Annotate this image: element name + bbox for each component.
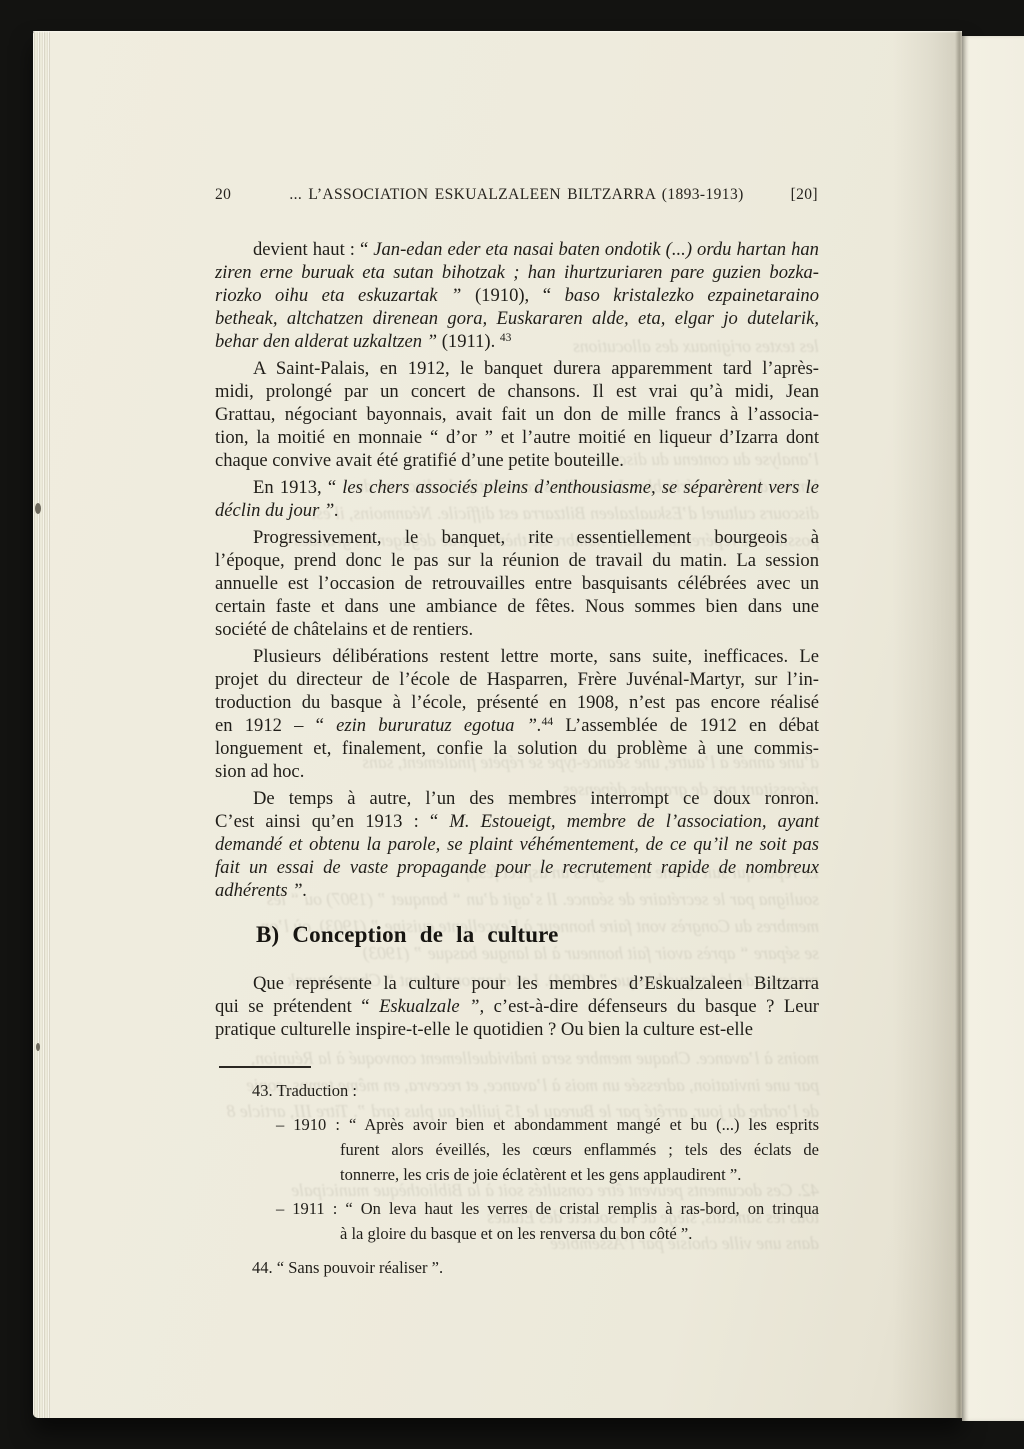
text-line: sion ad hoc. <box>215 760 819 783</box>
text-line: Que représente la culture pour les membr… <box>215 972 819 995</box>
text-line: A Saint-Palais, en 1912, le banquet dure… <box>215 357 819 380</box>
page-edge-flaw <box>35 503 41 514</box>
body-paragraph: Progressivement, le banquet, rite essent… <box>215 526 819 641</box>
text-line: adhérents ”. <box>215 879 819 902</box>
text-line: De temps à autre, l’un des membres inter… <box>215 787 819 810</box>
facing-page-edge <box>962 36 1024 1421</box>
text-line: furent alors éveillés, les cœurs enflamm… <box>215 1137 819 1162</box>
text-line: projet du directeur de l’école de Haspar… <box>215 668 819 691</box>
text-line: behar den alderat uzkaltzen ” (1911). 43 <box>215 330 819 353</box>
text-line: midi, prolongé par un concert de chanson… <box>215 380 819 403</box>
body-paragraph: Que représente la culture pour les membr… <box>215 972 819 1041</box>
text-line: Grattau, négociant bayonnais, avait fait… <box>215 403 819 426</box>
text-line: – 1910 : “ Après avoir bien et abondamme… <box>215 1112 819 1137</box>
text-line: annuelle est l’occasion de retrouvailles… <box>215 572 819 595</box>
text-line: betheak, altchatzen direnean gora, Euska… <box>215 307 819 330</box>
footnotes-block: 43. Traduction :– 1910 : “ Après avoir b… <box>215 1078 819 1289</box>
page-edge-flaw <box>36 1043 40 1051</box>
body-paragraph: A Saint-Palais, en 1912, le banquet dure… <box>215 357 819 472</box>
footnote: 43. Traduction : <box>215 1078 819 1103</box>
page-number: 20 <box>215 186 275 204</box>
body-paragraph: devient haut : “ Jan-edan eder eta nasai… <box>215 238 819 353</box>
footnote-separator <box>219 1066 311 1068</box>
body-text-block: devient haut : “ Jan-edan eder eta nasai… <box>215 238 819 906</box>
footnote: 44. “ Sans pouvoir réaliser ”. <box>215 1255 819 1280</box>
text-line: Plusieurs délibérations restent lettre m… <box>215 645 819 668</box>
running-header: 20 ... L’ASSOCIATION ESKUALZALEEN BILTZA… <box>215 186 818 204</box>
photo-background: { "colors": { "background": "#131311", "… <box>0 0 1024 1449</box>
footnote: – 1910 : “ Après avoir bien et abondamme… <box>215 1112 819 1187</box>
text-line: déclin du jour ”. <box>215 499 819 522</box>
text-line: demandé et obtenu la parole, se plaint v… <box>215 833 819 856</box>
text-line: C’est ainsi qu’en 1913 : “ M. Estoueigt,… <box>215 810 819 833</box>
text-line: 43. Traduction : <box>215 1078 819 1103</box>
body-text-block-after-heading: Que représente la culture pour les membr… <box>215 972 819 1045</box>
section-heading: B) Conception de la culture <box>256 922 559 948</box>
body-paragraph: De temps à autre, l’un des membres inter… <box>215 787 819 902</box>
text-line: l’époque, prend donc le pas sur la réuni… <box>215 549 819 572</box>
text-line: longuement et, finalement, confie la sol… <box>215 737 819 760</box>
footnote: – 1911 : “ On leva haut les verres de cr… <box>215 1196 819 1246</box>
text-line: qui se prétendent “ Eskualzale ”, c’est-… <box>215 995 819 1018</box>
text-line: pratique culturelle inspire-t-elle le qu… <box>215 1018 819 1041</box>
text-line: fait un essai de vaste propagande pour l… <box>215 856 819 879</box>
gutter-shadow <box>892 31 962 1418</box>
text-line: en 1912 – “ ezin bururatuz egotua ”.44 L… <box>215 714 819 737</box>
body-paragraph: En 1913, “ les chers associés pleins d’e… <box>215 476 819 522</box>
text-line: tion, la moitié en monnaie “ d’or ” et l… <box>215 426 819 449</box>
text-line: chaque convive avait été gratifié d’une … <box>215 449 819 472</box>
text-line: société de châtelains et de rentiers. <box>215 618 819 641</box>
text-line: En 1913, “ les chers associés pleins d’e… <box>215 476 819 499</box>
text-line: ziren erne buruak eta sutan bihotzak ; h… <box>215 261 819 284</box>
text-line: certain faste et dans une ambiance de fê… <box>215 595 819 618</box>
text-line: riozko oihu eta eskuzartak ” (1910), “ b… <box>215 284 819 307</box>
text-line: – 1911 : “ On leva haut les verres de cr… <box>215 1196 819 1221</box>
text-line: 44. “ Sans pouvoir réaliser ”. <box>215 1255 819 1280</box>
text-line: à la gloire du basque et on les renversa… <box>215 1221 819 1246</box>
text-line: Progressivement, le banquet, rite essent… <box>215 526 819 549</box>
running-title: ... L’ASSOCIATION ESKUALZALEEN BILTZARRA… <box>275 186 758 204</box>
text-line: tonnerre, les cris de joie éclatèrent et… <box>215 1162 819 1187</box>
folio-bracket-number: [20] <box>758 186 818 204</box>
body-paragraph: Plusieurs délibérations restent lettre m… <box>215 645 819 783</box>
text-line: devient haut : “ Jan-edan eder eta nasai… <box>215 238 819 261</box>
text-line: troduction du basque à l’école, présenté… <box>215 691 819 714</box>
book-photo: les textes originaux des allocutionsl’an… <box>0 0 1024 1449</box>
